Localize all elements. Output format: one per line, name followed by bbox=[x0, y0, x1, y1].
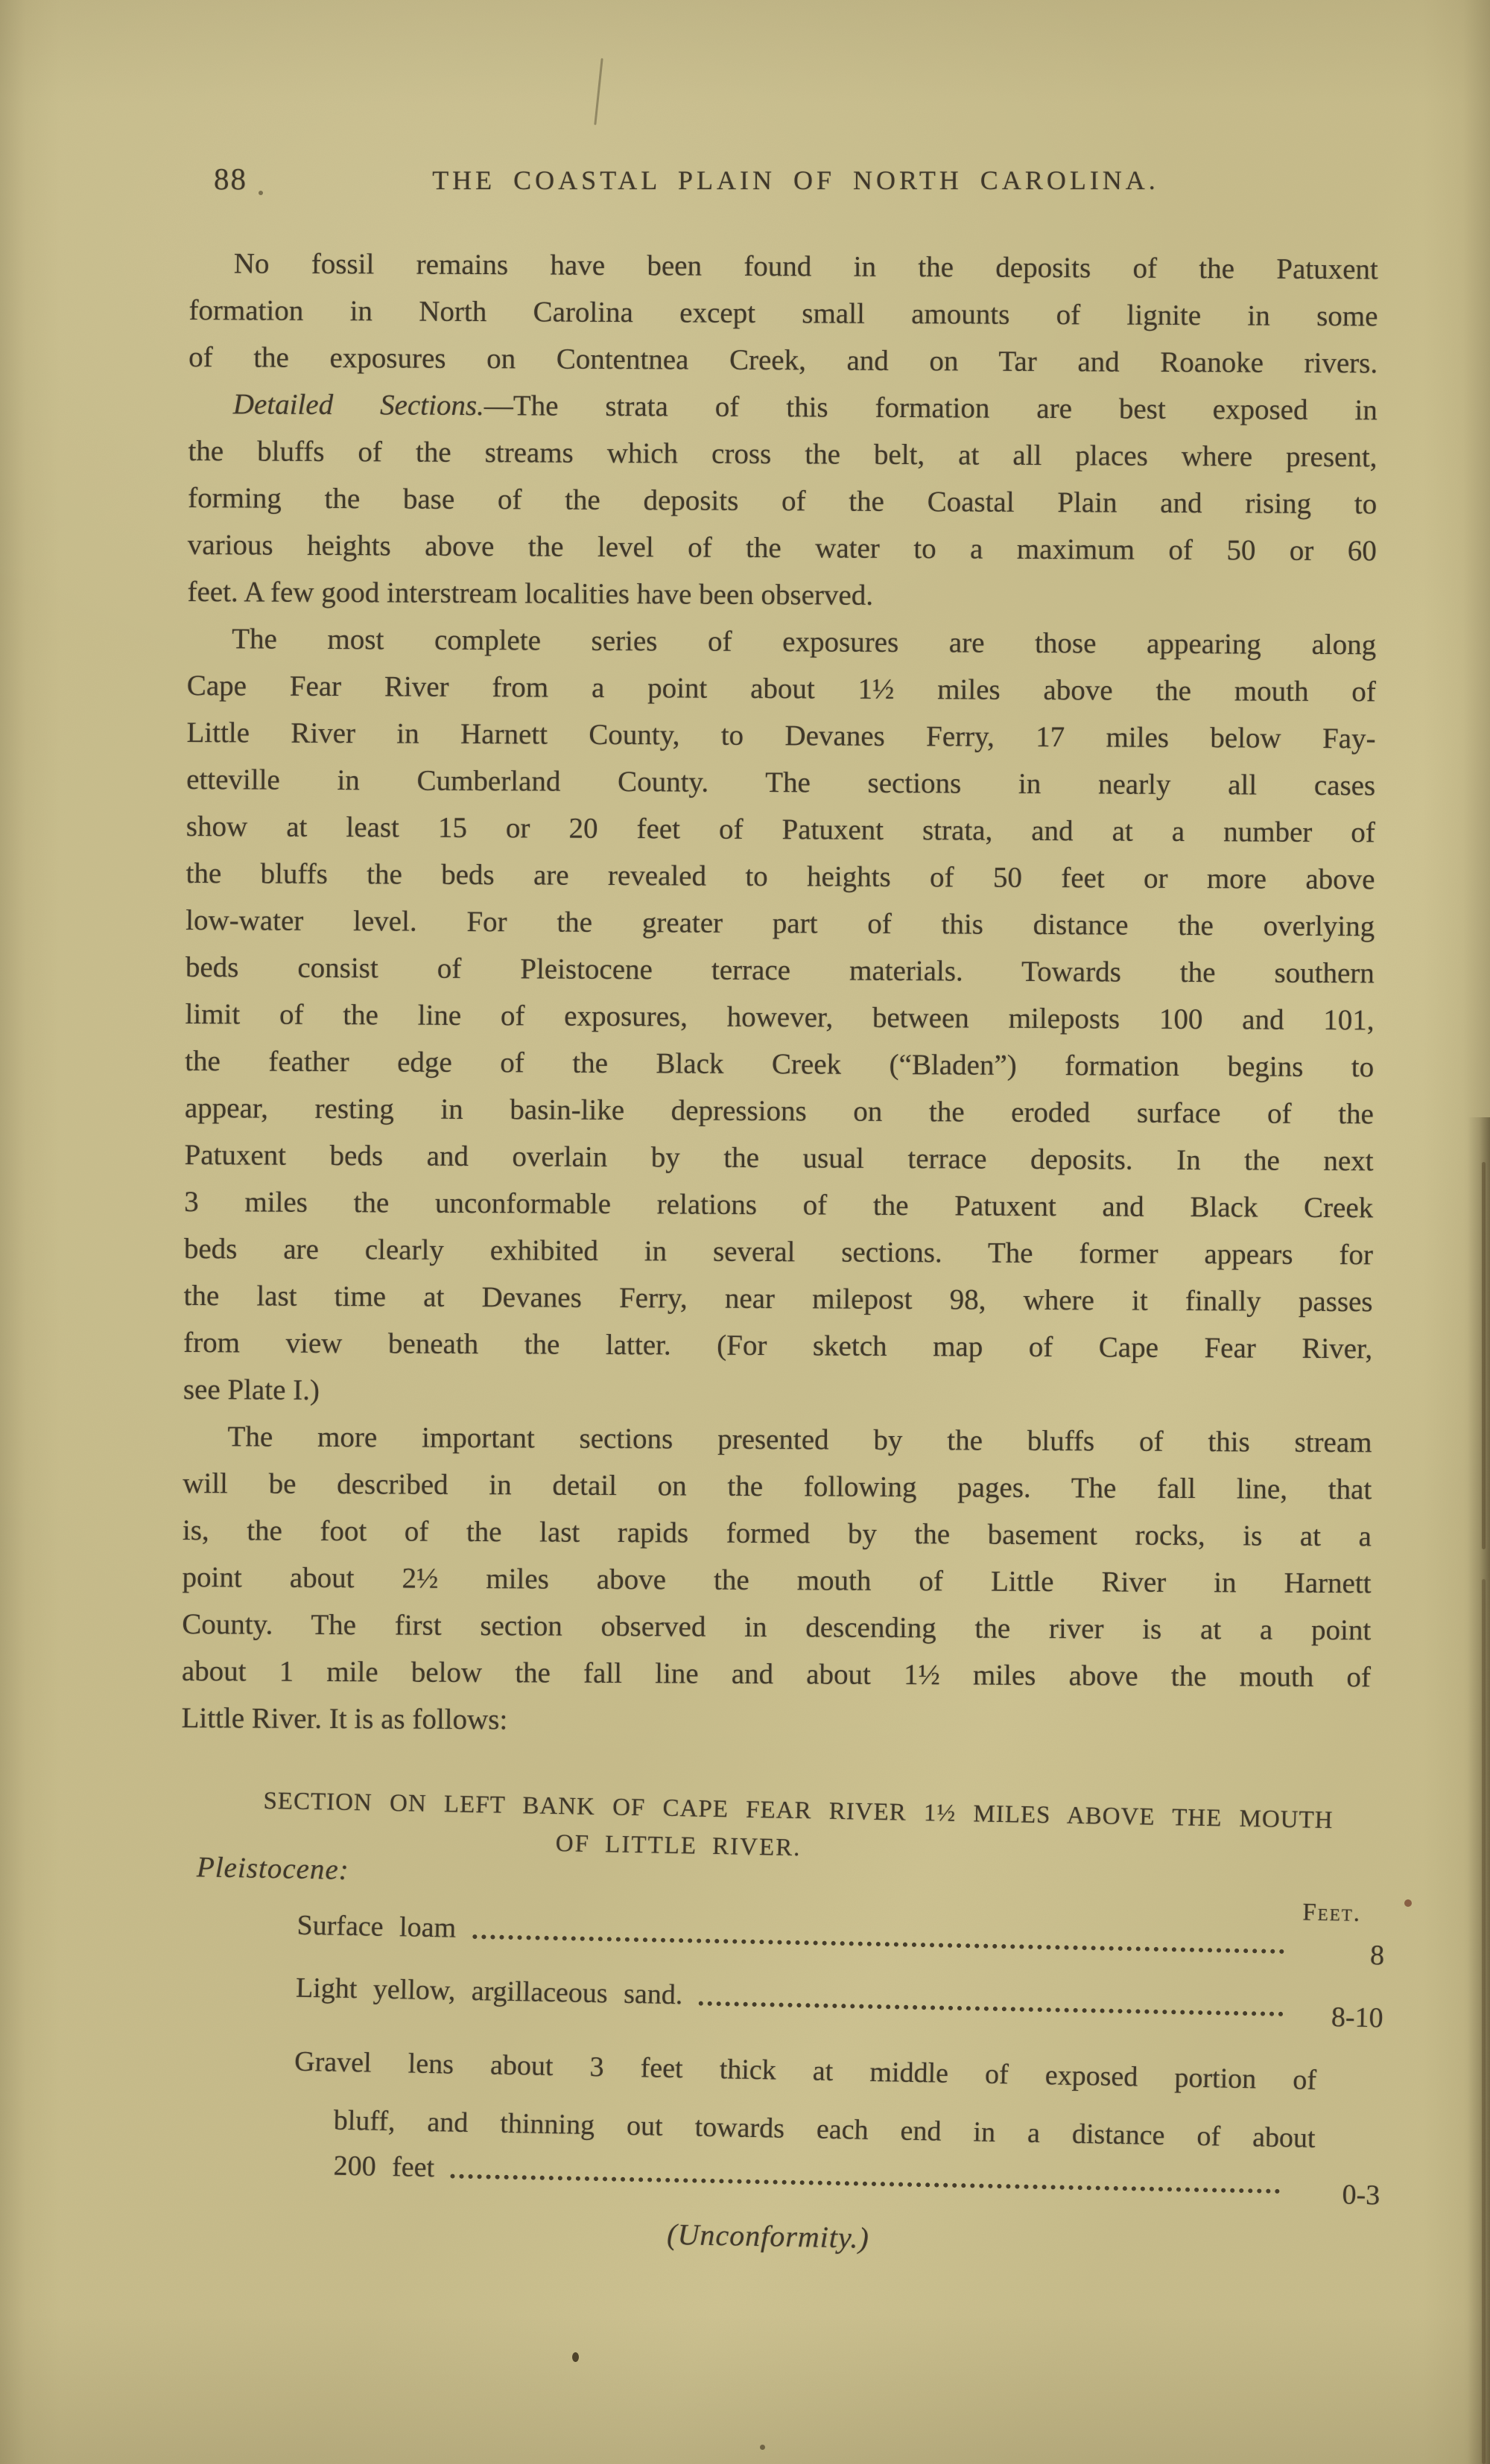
section-row: Light yellow, argillaceous sand. 8-10 bbox=[296, 1970, 1384, 2026]
text-line: beds are clearly exhibited in several se… bbox=[184, 1225, 1373, 1278]
text-line: will be described in detail on the follo… bbox=[183, 1460, 1372, 1513]
text-line: Detailed Sections.—The strata of this fo… bbox=[188, 381, 1378, 434]
text-line: etteville in Cumberland County. The sect… bbox=[186, 756, 1375, 809]
body-text: No fossil remains have been found in the… bbox=[181, 240, 1378, 1747]
text-line: forming the base of the deposits of the … bbox=[188, 474, 1377, 527]
text-line: about 1 mile below the fall line and abo… bbox=[182, 1648, 1371, 1701]
text-line: the bluffs of the streams which cross th… bbox=[188, 428, 1377, 480]
text-line: limit of the line of exposures, however,… bbox=[185, 991, 1374, 1044]
dot-leader bbox=[699, 2001, 1284, 2016]
unconformity-note: (Unconformity.) bbox=[157, 2207, 1380, 2264]
text-line: the bluffs the beds are revealed to heig… bbox=[186, 850, 1375, 903]
text-line: The more important sections presented by… bbox=[183, 1413, 1372, 1466]
text-line: is, the foot of the last rapids formed b… bbox=[183, 1507, 1372, 1560]
paper-speck bbox=[1404, 1899, 1412, 1907]
row-value: 0-3 bbox=[1290, 2176, 1380, 2213]
scanned-book-page: 88 THE COASTAL PLAIN OF NORTH CAROLINA. … bbox=[0, 0, 1490, 2464]
text-line: Cape Fear River from a point about 1½ mi… bbox=[187, 662, 1376, 715]
page-edge-shadow bbox=[1468, 1117, 1490, 2464]
paper-speck bbox=[572, 2352, 579, 2362]
measured-section: SECTION ON LEFT BANK OF CAPE FEAR RIVER … bbox=[178, 1786, 1410, 2330]
page-edge-line bbox=[1482, 1162, 1486, 1549]
text-line: Patuxent beds and overlain by the usual … bbox=[184, 1131, 1373, 1184]
era-label: Pleistocene: bbox=[197, 1850, 350, 1887]
text-line: feet. A few good interstream localities … bbox=[187, 568, 1376, 621]
row-label: Surface loam bbox=[297, 1908, 456, 1946]
italic-lead: Detailed Sections. bbox=[233, 388, 484, 422]
text-line: appear, resting in basin-like depression… bbox=[185, 1085, 1374, 1137]
text-line: County. The first section observed in de… bbox=[182, 1601, 1371, 1654]
row-value: 8 bbox=[1295, 1936, 1385, 1973]
scan-hair-artifact bbox=[594, 58, 603, 125]
text-line: various heights above the level of the w… bbox=[188, 521, 1377, 574]
paragraph: Detailed Sections.—The strata of this fo… bbox=[187, 381, 1378, 621]
text-line: see Plate I.) bbox=[183, 1366, 1372, 1419]
text-line: from view beneath the latter. (For sketc… bbox=[183, 1319, 1372, 1372]
running-title: THE COASTAL PLAIN OF NORTH CAROLINA. bbox=[186, 165, 1405, 196]
text-line: Little River. It is as follows: bbox=[181, 1695, 1370, 1747]
text-line: the last time at Devanes Ferry, near mil… bbox=[183, 1272, 1372, 1325]
dot-leader bbox=[451, 2174, 1280, 2194]
text-line: The most complete series of exposures ar… bbox=[187, 615, 1376, 668]
paragraph: No fossil remains have been found in the… bbox=[188, 240, 1378, 387]
section-row: Gravel lens about 3 feet thick at middle… bbox=[293, 2033, 1317, 2168]
row-label: Light yellow, argillaceous sand. bbox=[296, 1970, 683, 2013]
row-value: 8-10 bbox=[1293, 1998, 1383, 2036]
page-edge-line bbox=[1482, 1579, 1486, 2464]
paper-speck bbox=[259, 191, 263, 195]
row-label: 200 feet bbox=[333, 2148, 434, 2185]
text-line: 3 miles the unconformable relations of t… bbox=[184, 1178, 1373, 1231]
units-header: Feet. bbox=[1302, 1899, 1361, 1927]
paragraph: The most complete series of exposures ar… bbox=[183, 615, 1377, 1419]
text-line: low-water level. For the greater part of… bbox=[186, 897, 1375, 950]
text-line: the feather edge of the Black Creek (“Bl… bbox=[185, 1038, 1374, 1090]
text-line: No fossil remains have been found in the… bbox=[189, 240, 1378, 293]
text-line: point about 2½ miles above the mouth of … bbox=[182, 1554, 1371, 1607]
paragraph: The more important sections presented by… bbox=[181, 1413, 1372, 1747]
text-line: of the exposures on Contentnea Creek, an… bbox=[188, 334, 1378, 387]
dot-leader bbox=[472, 1934, 1284, 1954]
text-line: formation in North Carolina except small… bbox=[188, 287, 1378, 340]
text-line: show at least 15 or 20 feet of Patuxent … bbox=[186, 803, 1375, 856]
text-line: beds consist of Pleistocene terrace mate… bbox=[186, 944, 1375, 997]
text-line: Little River in Harnett County, to Devan… bbox=[186, 709, 1375, 762]
section-row: Surface loam 8 bbox=[297, 1908, 1385, 1963]
paper-speck bbox=[760, 2445, 765, 2450]
